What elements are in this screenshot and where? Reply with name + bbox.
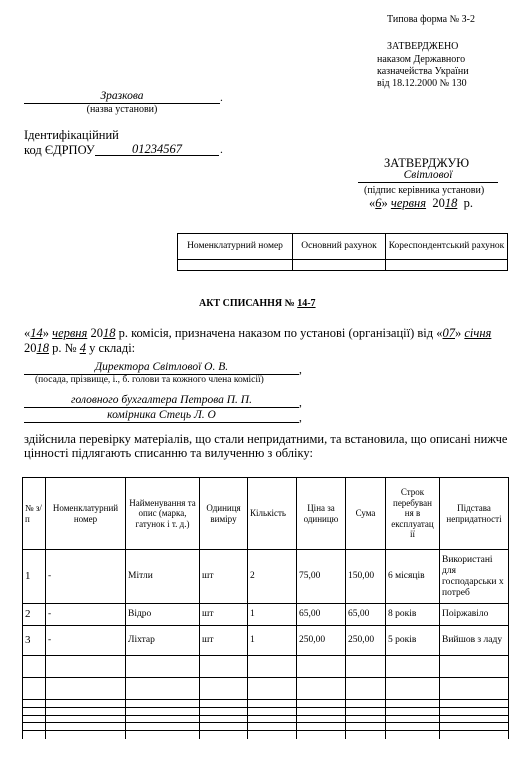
approved-title: ЗАТВЕРДЖЕНО bbox=[387, 41, 458, 52]
empty-row bbox=[23, 678, 509, 700]
cell-term[interactable]: 8 років bbox=[386, 604, 440, 626]
table-row: 2 - Відро шт 1 65,00 65,00 8 років Поірж… bbox=[23, 604, 509, 626]
period: . bbox=[220, 92, 223, 104]
institution-name[interactable]: Зразкова bbox=[24, 90, 220, 102]
cell-sum[interactable]: 250,00 bbox=[346, 626, 386, 656]
period: . bbox=[220, 144, 223, 156]
header-price: Ціна за одиницю bbox=[297, 478, 346, 550]
approval-day: 6 bbox=[375, 196, 381, 210]
conclusion-line1: здійснила перевірку матеріалів, що стали… bbox=[24, 432, 507, 447]
comma: , bbox=[299, 364, 302, 376]
act-number: 14-7 bbox=[297, 298, 315, 309]
cell-nomenclature[interactable]: - bbox=[46, 626, 126, 656]
empty-row bbox=[23, 716, 509, 723]
approval-date[interactable]: «6» червня 2018 р. bbox=[369, 196, 473, 211]
cell-no[interactable]: 2 bbox=[23, 604, 46, 626]
cell-qty[interactable]: 1 bbox=[248, 604, 297, 626]
header-no: № з/п bbox=[23, 478, 46, 550]
empty-row bbox=[23, 700, 509, 708]
cell-name[interactable]: Відро bbox=[126, 604, 200, 626]
approved-line: наказом Державного bbox=[377, 54, 469, 66]
header-sum: Сума bbox=[346, 478, 386, 550]
order-month[interactable]: січня bbox=[464, 326, 491, 340]
header-unit: Одиниця виміру bbox=[200, 478, 248, 550]
cell-price[interactable]: 65,00 bbox=[297, 604, 346, 626]
approval-month: червня bbox=[391, 196, 426, 210]
form-label: Типова форма № З-2 bbox=[387, 14, 475, 25]
empty-row bbox=[23, 708, 509, 716]
cell-unit[interactable]: шт bbox=[200, 626, 248, 656]
table-row: 3 - Ліхтар шт 1 250,00 250,00 5 років Ви… bbox=[23, 626, 509, 656]
cell-price[interactable]: 75,00 bbox=[297, 550, 346, 604]
cell-name[interactable]: Мітли bbox=[126, 550, 200, 604]
act-intro-line1: «14» червня 2018 р. комісія, призначена … bbox=[24, 326, 491, 341]
header-reason: Підстава непридатності bbox=[440, 478, 509, 550]
accounts-value-nomenclature[interactable] bbox=[178, 260, 293, 271]
act-title: АКТ СПИСАННЯ № 14-7 bbox=[199, 298, 316, 309]
accounts-header-main: Основний рахунок bbox=[293, 234, 386, 260]
comma: , bbox=[299, 412, 302, 424]
accounts-value-main[interactable] bbox=[293, 260, 386, 271]
approval-signer-underline bbox=[358, 182, 498, 183]
empty-row bbox=[23, 731, 509, 739]
empty-row bbox=[23, 656, 509, 678]
cell-no[interactable]: 1 bbox=[23, 550, 46, 604]
accounts-header-corr: Кореспондентський рахунок bbox=[386, 234, 508, 260]
cell-nomenclature[interactable]: - bbox=[46, 550, 126, 604]
accounts-table: Номенклатурний номер Основний рахунок Ко… bbox=[177, 233, 508, 271]
cell-qty[interactable]: 2 bbox=[248, 550, 297, 604]
act-day[interactable]: 14 bbox=[30, 326, 43, 340]
cell-term[interactable]: 5 років bbox=[386, 626, 440, 656]
cell-sum[interactable]: 65,00 bbox=[346, 604, 386, 626]
header-name: Найменування та опис (марка, гатунок і т… bbox=[126, 478, 200, 550]
header-qty: Кількість bbox=[248, 478, 297, 550]
act-year[interactable]: 18 bbox=[103, 326, 116, 340]
cell-reason[interactable]: Вийшов з ладу bbox=[440, 626, 509, 656]
edrpou-underline bbox=[95, 155, 219, 156]
member-1[interactable]: Директора Світлової О. В. bbox=[24, 361, 299, 373]
cell-qty[interactable]: 1 bbox=[248, 626, 297, 656]
conclusion-line2: цінності підлягають списанню та вилученн… bbox=[24, 446, 313, 461]
accounts-header-nomenclature: Номенклатурний номер bbox=[178, 234, 293, 260]
accounts-value-corr[interactable] bbox=[386, 260, 508, 271]
cell-no[interactable]: 3 bbox=[23, 626, 46, 656]
approved-line: від 18.12.2000 № 130 bbox=[377, 78, 469, 90]
act-intro-line2: 2018 р. № 4 у складі: bbox=[24, 341, 135, 356]
header-term: Строк перебуван ня в експлуатац ії bbox=[386, 478, 440, 550]
cell-price[interactable]: 250,00 bbox=[297, 626, 346, 656]
approved-line: казначейства України bbox=[377, 66, 469, 78]
cell-sum[interactable]: 150,00 bbox=[346, 550, 386, 604]
comma: , bbox=[299, 397, 302, 409]
act-month[interactable]: червня bbox=[52, 326, 87, 340]
member-2-underline bbox=[24, 407, 299, 408]
members-caption: (посада, прізвище, і., б. голови та кожн… bbox=[35, 375, 264, 385]
header-nomenclature: Номенклатурний номер bbox=[46, 478, 126, 550]
institution-caption: (назва установи) bbox=[24, 104, 220, 115]
approved-block: наказом Державного казначейства України … bbox=[377, 54, 469, 90]
empty-row bbox=[23, 723, 509, 731]
cell-unit[interactable]: шт bbox=[200, 604, 248, 626]
member-3-underline bbox=[24, 422, 299, 423]
approval-year: 18 bbox=[445, 196, 458, 210]
cell-unit[interactable]: шт bbox=[200, 550, 248, 604]
table-row: 1 - Мітли шт 2 75,00 150,00 6 місяців Ви… bbox=[23, 550, 509, 604]
items-table: № з/п Номенклатурний номер Найменування … bbox=[22, 477, 509, 739]
order-day[interactable]: 07 bbox=[443, 326, 456, 340]
cell-term[interactable]: 6 місяців bbox=[386, 550, 440, 604]
cell-reason[interactable]: Поіржавіло bbox=[440, 604, 509, 626]
cell-reason[interactable]: Використані для господарськи х потреб bbox=[440, 550, 509, 604]
approval-signer-caption: (підпис керівника установи) bbox=[364, 185, 484, 196]
member-2[interactable]: головного бухгалтера Петрова П. П. bbox=[24, 394, 299, 406]
edrpou-label-line2: код ЄДРПОУ bbox=[24, 143, 95, 158]
cell-name[interactable]: Ліхтар bbox=[126, 626, 200, 656]
edrpou-label-line1: Ідентифікаційний bbox=[24, 128, 119, 143]
cell-nomenclature[interactable]: - bbox=[46, 604, 126, 626]
member-3[interactable]: комірника Стець Л. О bbox=[24, 409, 299, 421]
approval-signer[interactable]: Світлової bbox=[358, 169, 498, 181]
order-year[interactable]: 18 bbox=[37, 341, 50, 355]
